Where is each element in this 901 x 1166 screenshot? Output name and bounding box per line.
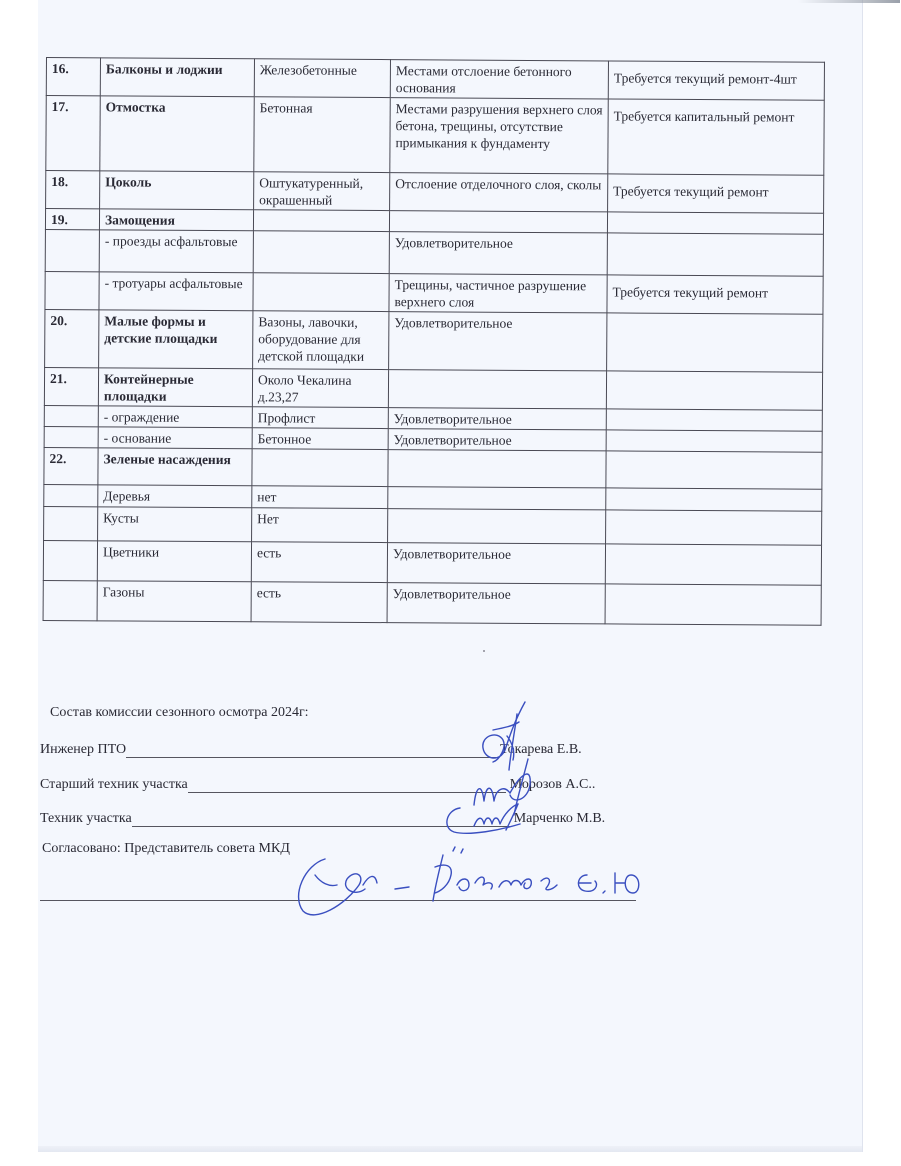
- agreed-label: Согласовано: Представитель совета МКД: [42, 841, 290, 857]
- condition-cell: Отслоение отделочного слоя, сколы: [390, 173, 608, 212]
- signature-line: [132, 812, 510, 827]
- condition-cell: Местами отслоение бетонного основания: [390, 60, 608, 99]
- table-row: 22.Зеленые насаждения: [44, 447, 822, 489]
- material-cell: нет: [252, 486, 388, 509]
- member-name: Токарева Е.В.: [500, 742, 582, 758]
- material-cell: [253, 231, 389, 274]
- action-cell: [606, 510, 822, 545]
- row-number: [43, 540, 97, 580]
- table-row: ГазоныестьУдовлетворительное: [43, 580, 821, 625]
- table-row: КустыНет: [44, 506, 822, 545]
- page-edge-shadow: [798, 0, 900, 3]
- action-text: Требуется текущий ремонт: [613, 277, 818, 301]
- action-text: [611, 490, 816, 497]
- row-number: 21.: [44, 367, 98, 405]
- element-cell: - проезды асфальтовые: [99, 230, 253, 273]
- action-text: [611, 586, 816, 593]
- material-cell: Нет: [252, 508, 388, 543]
- condition-cell: [388, 509, 606, 544]
- action-text: [613, 235, 818, 242]
- condition-cell: Удовлетворительное: [389, 312, 607, 371]
- element-cell: Замощения: [99, 209, 253, 231]
- scanned-page: 16.Балконы и лоджииЖелезобетонныеМестами…: [38, 0, 863, 1152]
- signature-row-technician: Техник участкаМарченко М.В.: [40, 811, 605, 831]
- action-text: Требуется текущий ремонт-4шт: [614, 63, 819, 87]
- action-cell: [605, 584, 821, 625]
- action-text: [612, 315, 817, 322]
- row-number: [44, 506, 98, 540]
- table-row: 20.Малые формы и детские площадкиВазоны,…: [45, 309, 823, 372]
- signature-line: [126, 743, 496, 758]
- condition-cell: Удовлетворительное: [388, 429, 606, 451]
- action-text: Требуется капитальный ремонт: [614, 101, 819, 125]
- signature-row-engineer: Инженер ПТОТокарева Е.В.: [40, 742, 582, 762]
- row-number: [44, 405, 98, 426]
- condition-cell: [388, 487, 606, 510]
- table-row: - тротуары асфальтовыеТрещины, частичное…: [45, 271, 823, 314]
- element-cell: Балконы и лоджии: [100, 58, 254, 97]
- action-cell: [605, 544, 821, 585]
- action-text: [612, 373, 817, 380]
- action-text: [612, 411, 817, 418]
- element-cell: Контейнерные площадки: [98, 368, 252, 407]
- action-text: [612, 453, 817, 460]
- table-row: 17.ОтмосткаБетоннаяМестами разрушения ве…: [46, 96, 824, 176]
- table-row: 18.ЦокольОштукатуренный, окрашенныйОтсло…: [46, 171, 824, 214]
- table-row: 21.Контейнерные площадкиОколо Чекалина д…: [44, 367, 822, 410]
- member-name: Морозов А.С..: [510, 777, 596, 793]
- signature-line: [188, 778, 506, 793]
- page-bottom-edge: [38, 1146, 862, 1152]
- table-row: ЦветникиестьУдовлетворительное: [43, 540, 821, 585]
- material-cell: Бетонное: [252, 428, 388, 450]
- condition-cell: Удовлетворительное: [387, 543, 605, 584]
- row-number: [44, 426, 98, 447]
- signature-row-senior-technician: Старший техник участкаМорозов А.С..: [40, 777, 595, 797]
- material-cell: Оштукатуренный, окрашенный: [254, 172, 390, 211]
- material-cell: [253, 210, 389, 232]
- element-cell: - основание: [98, 427, 252, 449]
- condition-cell: [388, 450, 606, 488]
- action-cell: [607, 313, 823, 372]
- row-number: 20.: [45, 309, 99, 367]
- condition-cell: [389, 211, 607, 233]
- row-number: [45, 229, 99, 271]
- material-cell: есть: [251, 542, 387, 583]
- element-cell: Цветники: [97, 541, 251, 582]
- row-number: [43, 580, 97, 620]
- action-cell: [606, 451, 822, 489]
- material-cell: есть: [251, 582, 387, 623]
- action-cell: Требуется капитальный ремонт: [608, 99, 824, 175]
- row-number: [45, 271, 99, 309]
- condition-cell: Трещины, частичное разрушение верхнего с…: [389, 274, 607, 313]
- role-label: Инженер ПТО: [40, 742, 126, 758]
- role-label: Техник участка: [40, 811, 132, 827]
- action-cell: Требуется текущий ремонт: [607, 275, 823, 314]
- action-cell: [607, 212, 823, 234]
- action-cell: [606, 371, 822, 410]
- element-cell: Цоколь: [100, 171, 254, 210]
- element-cell: Кусты: [98, 507, 252, 542]
- condition-cell: [388, 370, 606, 409]
- element-cell: Деревья: [98, 485, 252, 508]
- row-number: 17.: [46, 96, 100, 171]
- row-number: 18.: [46, 171, 100, 209]
- element-cell: - ограждение: [98, 406, 252, 428]
- table-row: 16.Балконы и лоджииЖелезобетонныеМестами…: [46, 58, 824, 101]
- element-cell: Газоны: [97, 581, 251, 622]
- row-number: 22.: [44, 447, 98, 484]
- action-cell: [606, 409, 822, 431]
- action-cell: Требуется текущий ремонт-4шт: [608, 61, 824, 100]
- condition-cell: Местами разрушения верхнего слоя бетона,…: [390, 98, 608, 174]
- action-text: [611, 512, 816, 519]
- row-number: 16.: [46, 58, 100, 96]
- material-cell: Вазоны, лавочки, оборудование для детско…: [253, 311, 389, 370]
- action-text: [611, 546, 816, 553]
- element-cell: Отмостка: [100, 96, 254, 172]
- action-cell: [607, 233, 823, 276]
- action-cell: Требуется текущий ремонт: [608, 174, 824, 213]
- action-cell: [606, 488, 822, 511]
- table-row: - проезды асфальтовыеУдовлетворительное: [45, 229, 823, 276]
- element-cell: Зеленые насаждения: [98, 448, 252, 486]
- commission-title: Состав комиссии сезонного осмотра 2024г:: [50, 705, 309, 721]
- action-text: [612, 432, 817, 439]
- material-cell: Профлист: [252, 407, 388, 429]
- scan-speck: [483, 650, 485, 652]
- member-name: Марченко М.В.: [514, 811, 605, 827]
- element-cell: - тротуары асфальтовые: [99, 272, 253, 311]
- material-cell: Железобетонные: [254, 59, 390, 98]
- action-text: Требуется текущий ремонт: [613, 176, 818, 200]
- condition-cell: Удовлетворительное: [387, 583, 605, 624]
- action-cell: [606, 430, 822, 452]
- row-number: [44, 484, 98, 506]
- row-number: 19.: [45, 209, 99, 230]
- material-cell: [253, 273, 389, 312]
- element-cell: Малые формы и детские площадки: [99, 310, 253, 369]
- material-cell: [252, 449, 388, 487]
- inspection-table: 16.Балконы и лоджииЖелезобетонныеМестами…: [43, 57, 825, 626]
- condition-cell: Удовлетворительное: [389, 232, 607, 275]
- agreed-signature-line: [40, 900, 636, 901]
- action-text: [613, 214, 818, 221]
- material-cell: Бетонная: [254, 97, 390, 173]
- condition-cell: Удовлетворительное: [388, 408, 606, 430]
- role-label: Старший техник участка: [40, 777, 188, 793]
- material-cell: Около Чекалина д.23,27: [252, 369, 388, 408]
